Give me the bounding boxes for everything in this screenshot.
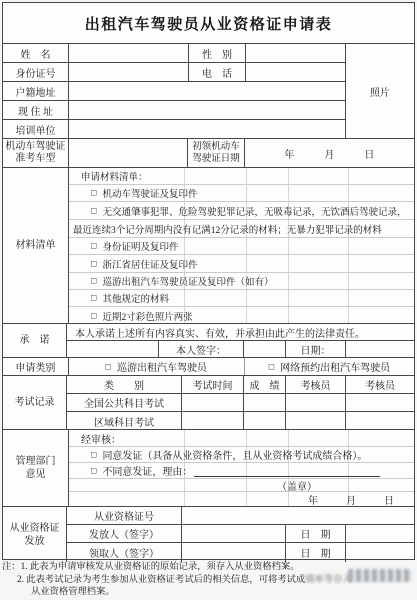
promise-date-field: [346, 341, 414, 358]
receive-date-field: [346, 543, 414, 562]
checkbox-icon: □: [91, 205, 96, 215]
checkbox-icon: □: [91, 310, 96, 320]
checkbox-icon: □: [269, 361, 274, 371]
training-unit-field: [69, 120, 346, 139]
issue-date-field: [346, 525, 414, 543]
category-section: 申请类别 □ 巡游出租汽车驾驶员 □ 网络预约出租汽车驾驶员: [3, 358, 414, 376]
material-item: □ 浙江省居住证及复印件: [69, 255, 414, 273]
blank-cell: [346, 394, 414, 412]
month-label: 月: [324, 146, 334, 161]
cert-number-field: [182, 507, 414, 525]
phone-label: 电 话: [189, 63, 246, 82]
material-item: □ 机动车驾驶证及复印件: [69, 185, 414, 202]
cert-number-label: 从业资格证号: [67, 507, 182, 525]
license-type-field: [69, 139, 188, 168]
disapprove-option: □ 不同意发证，理由：: [69, 463, 414, 479]
checkbox-icon: □: [91, 465, 96, 475]
material-item: □ 无交通肇事犯罪、危险驾驶犯罪记录，无吸毒记录，无饮酒后驾驶记录，: [69, 202, 414, 220]
year-label: 年: [308, 492, 318, 507]
checkbox-icon: □: [91, 276, 96, 286]
exam-row-regional: 区域科目考试: [67, 412, 414, 430]
blank-cell: [346, 412, 414, 430]
training-unit-label: 培训单位: [3, 120, 69, 139]
material-item: □ 身份证明及复印件: [69, 238, 414, 255]
exam-table: 类 别 考试时间 成 绩 考核员 考核员 全国公共科目考试 区域科目考试: [67, 376, 414, 429]
month-label: 月: [346, 492, 356, 507]
form-table: 出租汽车驾驶员从业资格证申请表 姓 名 性 别 身份证号 电 话 户籍地址: [2, 2, 415, 560]
receiver-field: [182, 543, 286, 562]
blank-cell: [286, 394, 346, 412]
issuer-label: 发放人（签字）: [67, 525, 182, 543]
form-title: 出租汽车驾驶员从业资格证申请表: [3, 3, 414, 44]
year-label: 年: [284, 146, 294, 161]
receiver-row: 领取人（签字） 日 期: [67, 543, 414, 562]
license-type-label: 机动车驾驶证 准考车型: [3, 139, 69, 168]
exam-col-time: 考试时间: [182, 376, 244, 394]
day-label: 日: [364, 146, 374, 161]
receiver-label: 领取人（签字）: [67, 543, 182, 562]
issue-date-label: 日 期: [286, 525, 346, 543]
blank-cell: [67, 341, 159, 358]
name-label: 姓 名: [3, 44, 69, 63]
management-section: 管理部门 意见 经审核： □ 同意发证（具备从业资格条件，且从业资格考试成绩合格…: [3, 430, 414, 507]
promise-content: 本人承诺上述所有内容真实、有效，并承担由此产生的法律责任。 本人签字： 日期：: [67, 324, 414, 357]
photo-box: 照片: [346, 44, 414, 139]
first-license-date-field: 年 月 日: [245, 139, 414, 168]
signature-label: 本人签字：: [159, 341, 244, 358]
exam-col-category: 类 别: [67, 376, 182, 394]
signature-field: [244, 341, 286, 358]
promise-statement: 本人承诺上述所有内容真实、有效，并承担由此产生的法律责任。: [67, 324, 414, 341]
gender-label: 性 别: [189, 44, 246, 63]
blank-cell: [244, 412, 286, 430]
household-address-field: [69, 82, 346, 101]
material-item: □ 巡游出租汽车驾驶员证及复印件（如有）: [69, 273, 414, 290]
exam-header-row: 类 别 考试时间 成 绩 考核员 考核员: [67, 376, 414, 394]
exam-col-examiner1: 考核员: [286, 376, 346, 394]
materials-section: 材料清单 申请材料清单： □ 机动车驾驶证及复印件 □ 无交通肇事犯罪、危险驾驶…: [3, 168, 414, 324]
blank-cell: [182, 394, 244, 412]
checkbox-icon: □: [91, 258, 96, 268]
blank-cell: [244, 394, 286, 412]
material-item: □ 近期2寸彩色照片两张: [69, 307, 414, 324]
blank-cell: [286, 412, 346, 430]
checkbox-icon: □: [91, 449, 96, 459]
checkbox-icon: □: [91, 188, 96, 198]
day-label: 日: [384, 492, 394, 507]
phone-field: [246, 63, 346, 82]
issuance-section: 从业资格证 发放 从业资格证号 发放人（签字） 日 期 领取人（签字） 日 期: [3, 507, 414, 562]
name-field: [69, 44, 189, 63]
exam-col-score: 成 绩: [244, 376, 286, 394]
first-license-date-label: 初领机动车 驾驶证日期: [188, 139, 245, 168]
exam-section-label: 考试记录: [3, 376, 67, 429]
issuer-row: 发放人（签字） 日 期: [67, 525, 414, 543]
applicant-info-section: 姓 名 性 别 身份证号 电 话 户籍地址 现 住 址: [3, 44, 414, 139]
management-content: 经审核： □ 同意发证（具备从业资格条件，且从业资格考试成绩合格）。 □ 不同意…: [69, 430, 414, 506]
management-date: 年 月 日: [69, 492, 414, 507]
material-item: □ 其他规定的材料: [69, 290, 414, 307]
checkbox-icon: □: [91, 241, 96, 251]
checkbox-icon: □: [91, 293, 96, 303]
exam-section: 考试记录 类 别 考试时间 成 绩 考核员 考核员 全国公共科目考试: [3, 376, 414, 430]
review-label: 经审核：: [69, 430, 414, 447]
promise-label: 承 诺: [3, 324, 67, 357]
materials-section-label: 材料清单: [3, 168, 69, 323]
receive-date-label: 日 期: [286, 543, 346, 562]
checkbox-icon: □: [106, 361, 111, 371]
application-form-page: 出租汽车驾驶员从业资格证申请表 姓 名 性 别 身份证号 电 话 户籍地址: [0, 0, 417, 600]
materials-list-header: 申请材料清单：: [69, 168, 414, 185]
household-address-label: 户籍地址: [3, 82, 69, 101]
category-label: 申请类别: [3, 358, 69, 375]
promise-date-label: 日期：: [286, 341, 346, 358]
current-address-label: 现 住 址: [3, 101, 69, 120]
exam-row-national: 全国公共科目考试: [67, 394, 414, 412]
promise-section: 承 诺 本人承诺上述所有内容真实、有效，并承担由此产生的法律责任。 本人签字： …: [3, 324, 414, 358]
id-number-label: 身份证号: [3, 63, 69, 82]
license-row: 机动车驾驶证 准考车型 初领机动车 驾驶证日期 年 月 日: [3, 139, 414, 168]
footnote-2-continuation: 从业资格管理档案。: [2, 586, 414, 599]
id-number-field: [69, 63, 189, 82]
issuance-section-label: 从业资格证 发放: [3, 507, 67, 562]
watermark: [348, 569, 412, 582]
reason-line: [194, 465, 380, 477]
category-option-cruise: □ 巡游出租汽车驾驶员: [69, 358, 245, 375]
management-section-label: 管理部门 意见: [3, 430, 69, 506]
issuance-grid: 从业资格证号 发放人（签字） 日 期 领取人（签字） 日 期: [67, 507, 414, 562]
gender-field: [246, 44, 346, 63]
exam-col-examiner2: 考核员: [346, 376, 414, 394]
seal-label: （盖章）: [69, 479, 414, 492]
issuer-field: [182, 525, 286, 543]
approve-option: □ 同意发证（具备从业资格条件，且从业资格考试成绩合格）。: [69, 447, 414, 463]
cert-number-row: 从业资格证号: [67, 507, 414, 525]
category-option-online: □ 网络预约出租汽车驾驶员: [245, 358, 414, 375]
material-item-continuation: 最近连续3个记分周期内没有记满12分记录的材料；无暴力犯罪记录的材料: [69, 220, 414, 238]
materials-list: 申请材料清单： □ 机动车驾驶证及复印件 □ 无交通肇事犯罪、危险驾驶犯罪记录，…: [69, 168, 414, 323]
blank-cell: [182, 412, 244, 430]
current-address-field: [69, 101, 346, 120]
applicant-info-grid: 姓 名 性 别 身份证号 电 话 户籍地址 现 住 址: [3, 44, 346, 139]
